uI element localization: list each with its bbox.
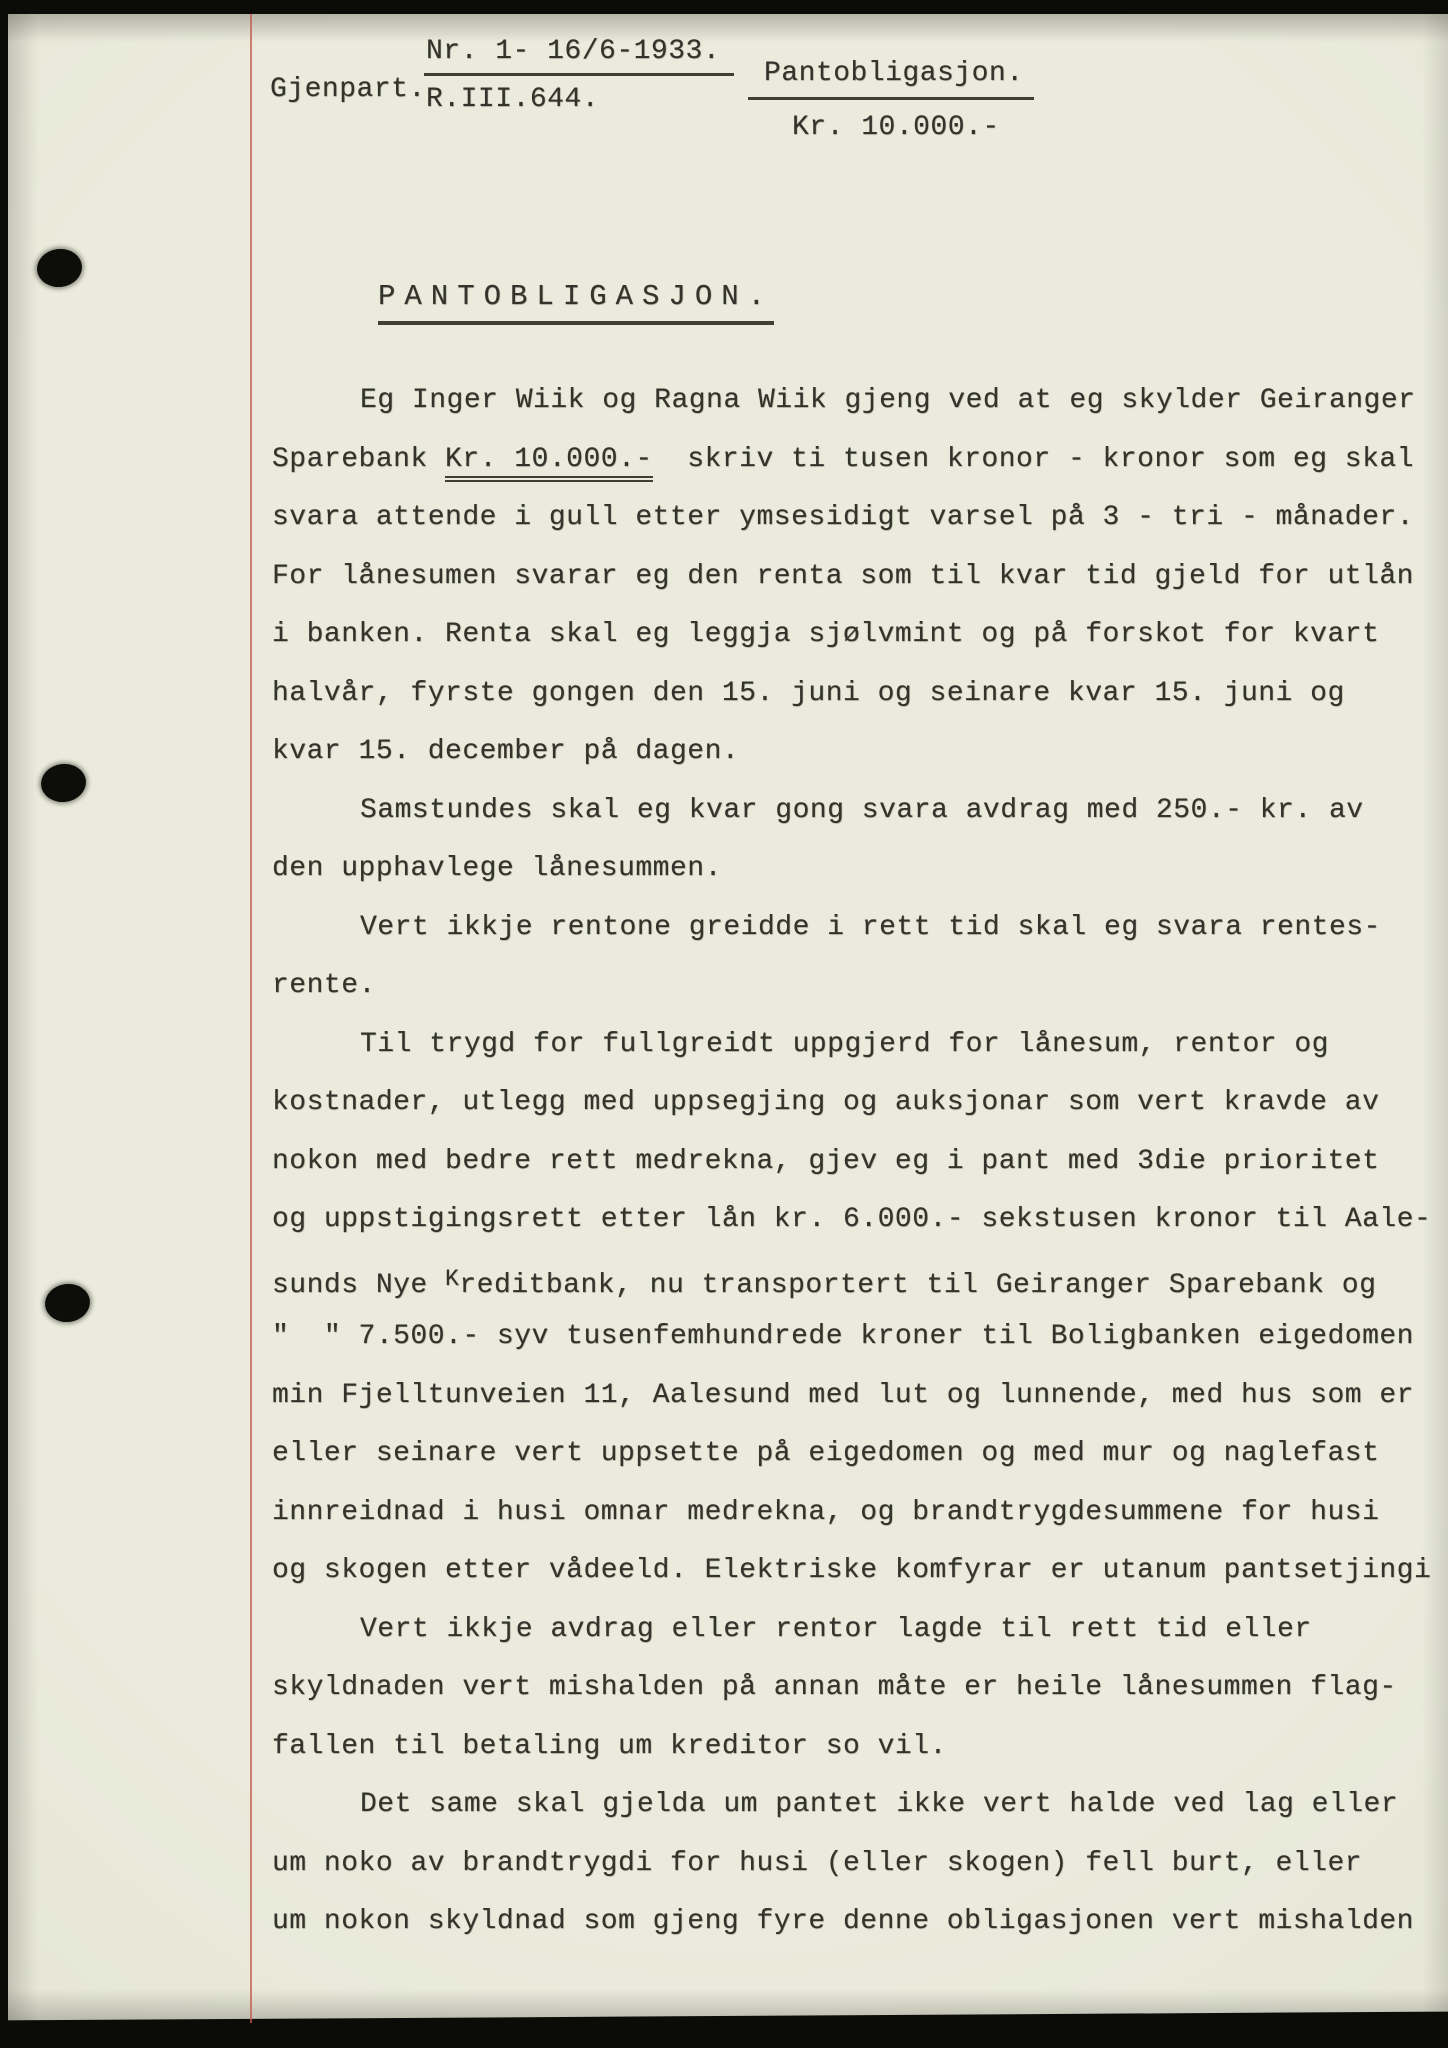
body-line: kvar 15. december på dagen. [272,723,1442,782]
body-text-segment: Vert ikkje rentone greidde i rett tid sk… [360,912,1381,943]
body-text-segment: For lånesumen svarar eg den renta som ti… [272,561,1414,592]
body-line: For lånesumen svarar eg den renta som ti… [272,548,1442,607]
body-line: skyldnaden vert mishalden på annan måte … [272,1659,1442,1718]
body-text-segment: Det same skal gjelda um pantet ikke vert… [360,1789,1398,1820]
scanned-document-page: { "page": { "paper_color": "#e9eadb", "i… [0,0,1448,2048]
body-line: fallen til betaling um kreditor so vil. [272,1718,1442,1777]
body-text-segment: eller seinare vert uppsette på eigedomen… [272,1438,1379,1469]
body-line: halvår, fyrste gongen den 15. juni og se… [272,665,1442,724]
body-text-segment: kvar 15. december på dagen. [272,736,739,767]
body-text-segment: " " 7.500.- syv tusenfemhundrede kroner … [272,1321,1414,1352]
red-margin-line [250,14,252,2023]
body-text-segment: rente. [272,970,376,1001]
body-line: og skogen etter vådeeld. Elektriske komf… [272,1542,1442,1601]
document-body: Eg Inger Wiik og Ragna Wiik gjeng ved at… [272,372,1442,1952]
body-line: svara attende i gull etter ymsesidigt va… [272,489,1442,548]
body-line: Eg Inger Wiik og Ragna Wiik gjeng ved at… [272,372,1442,431]
body-text-segment: Sparebank [272,444,445,475]
page-title: PANTOBLIGASJON. [378,280,774,325]
body-line: min Fjelltunveien 11, Aalesund med lut o… [272,1367,1442,1426]
body-line: eller seinare vert uppsette på eigedomen… [272,1425,1442,1484]
body-text-segment: reditbank, nu transportert til Geiranger… [459,1270,1376,1301]
body-line: kostnader, utlegg med uppsegjing og auks… [272,1074,1442,1133]
body-line: rente. [272,957,1442,1016]
body-line: Samstundes skal eg kvar gong svara avdra… [272,782,1442,841]
body-text-segment: skriv ti tusen kronor - kronor som eg sk… [653,444,1414,475]
body-text-segment: halvår, fyrste gongen den 15. juni og se… [272,678,1345,709]
body-text-segment: min Fjelltunveien 11, Aalesund med lut o… [272,1380,1414,1411]
body-text-segment: fallen til betaling um kreditor so vil. [272,1731,947,1762]
body-line: Til trygd for fullgreidt uppgjerd for lå… [272,1016,1442,1075]
body-line: innreidnad i husi omnar medrekna, og bra… [272,1484,1442,1543]
body-line: Sparebank Kr. 10.000.- skriv ti tusen kr… [272,431,1442,490]
underlined-text: Kr. 10.000.- [445,444,653,482]
body-text-segment: kostnader, utlegg med uppsegjing og auks… [272,1087,1379,1118]
body-text-segment: um nokon skyldnad som gjeng fyre denne o… [272,1906,1414,1937]
body-line: sunds Nye Kreditbank, nu transportert ti… [272,1250,1442,1309]
body-line: Det same skal gjelda um pantet ikke vert… [272,1776,1442,1835]
body-text-segment: i banken. Renta skal eg leggja sjølvmint… [272,619,1379,650]
body-line: nokon med bedre rett medrekna, gjev eg i… [272,1133,1442,1192]
body-line: " " 7.500.- syv tusenfemhundrede kroner … [272,1308,1442,1367]
body-text-segment: skyldnaden vert mishalden på annan måte … [272,1672,1397,1703]
body-line: Vert ikkje rentone greidde i rett tid sk… [272,899,1442,958]
body-text-segment: innreidnad i husi omnar medrekna, og bra… [272,1497,1379,1528]
body-line: i banken. Renta skal eg leggja sjølvmint… [272,606,1442,665]
body-line: og uppstigingsrett etter lån kr. 6.000.-… [272,1191,1442,1250]
body-text-segment: Vert ikkje avdrag eller rentor lagde til… [360,1614,1312,1645]
body-text-segment: svara attende i gull etter ymsesidigt va… [272,502,1414,533]
body-text-segment: sunds Nye [272,1270,445,1301]
body-line: den upphavlege lånesummen. [272,840,1442,899]
amount-label: Kr. 10.000.- [792,112,1000,143]
body-text-segment: K [445,1266,459,1292]
register-reference: R.III.644. [426,84,599,115]
body-line: um noko av brandtrygdi for husi (eller s… [272,1835,1442,1894]
body-line: um nokon skyldnad som gjeng fyre denne o… [272,1893,1442,1952]
body-text-segment: og uppstigingsrett etter lån kr. 6.000.-… [272,1204,1431,1235]
copy-label: Gjenpart. [270,74,426,105]
body-line: Vert ikkje avdrag eller rentor lagde til… [272,1601,1442,1660]
body-text-segment: Samstundes skal eg kvar gong svara avdra… [360,795,1364,826]
document-type-label: Pantobligasjon. [748,58,1034,100]
body-text-segment: Eg Inger Wiik og Ragna Wiik gjeng ved at… [360,385,1415,416]
body-text-segment: um noko av brandtrygdi for husi (eller s… [272,1848,1362,1879]
body-text-segment: den upphavlege lånesummen. [272,853,722,884]
body-text-segment: og skogen etter vådeeld. Elektriske komf… [272,1555,1431,1586]
body-text-segment: nokon med bedre rett medrekna, gjev eg i… [272,1146,1379,1177]
body-text-segment: Til trygd for fullgreidt uppgjerd for lå… [360,1029,1329,1060]
document-number: Nr. 1- 16/6-1933. [424,36,734,76]
